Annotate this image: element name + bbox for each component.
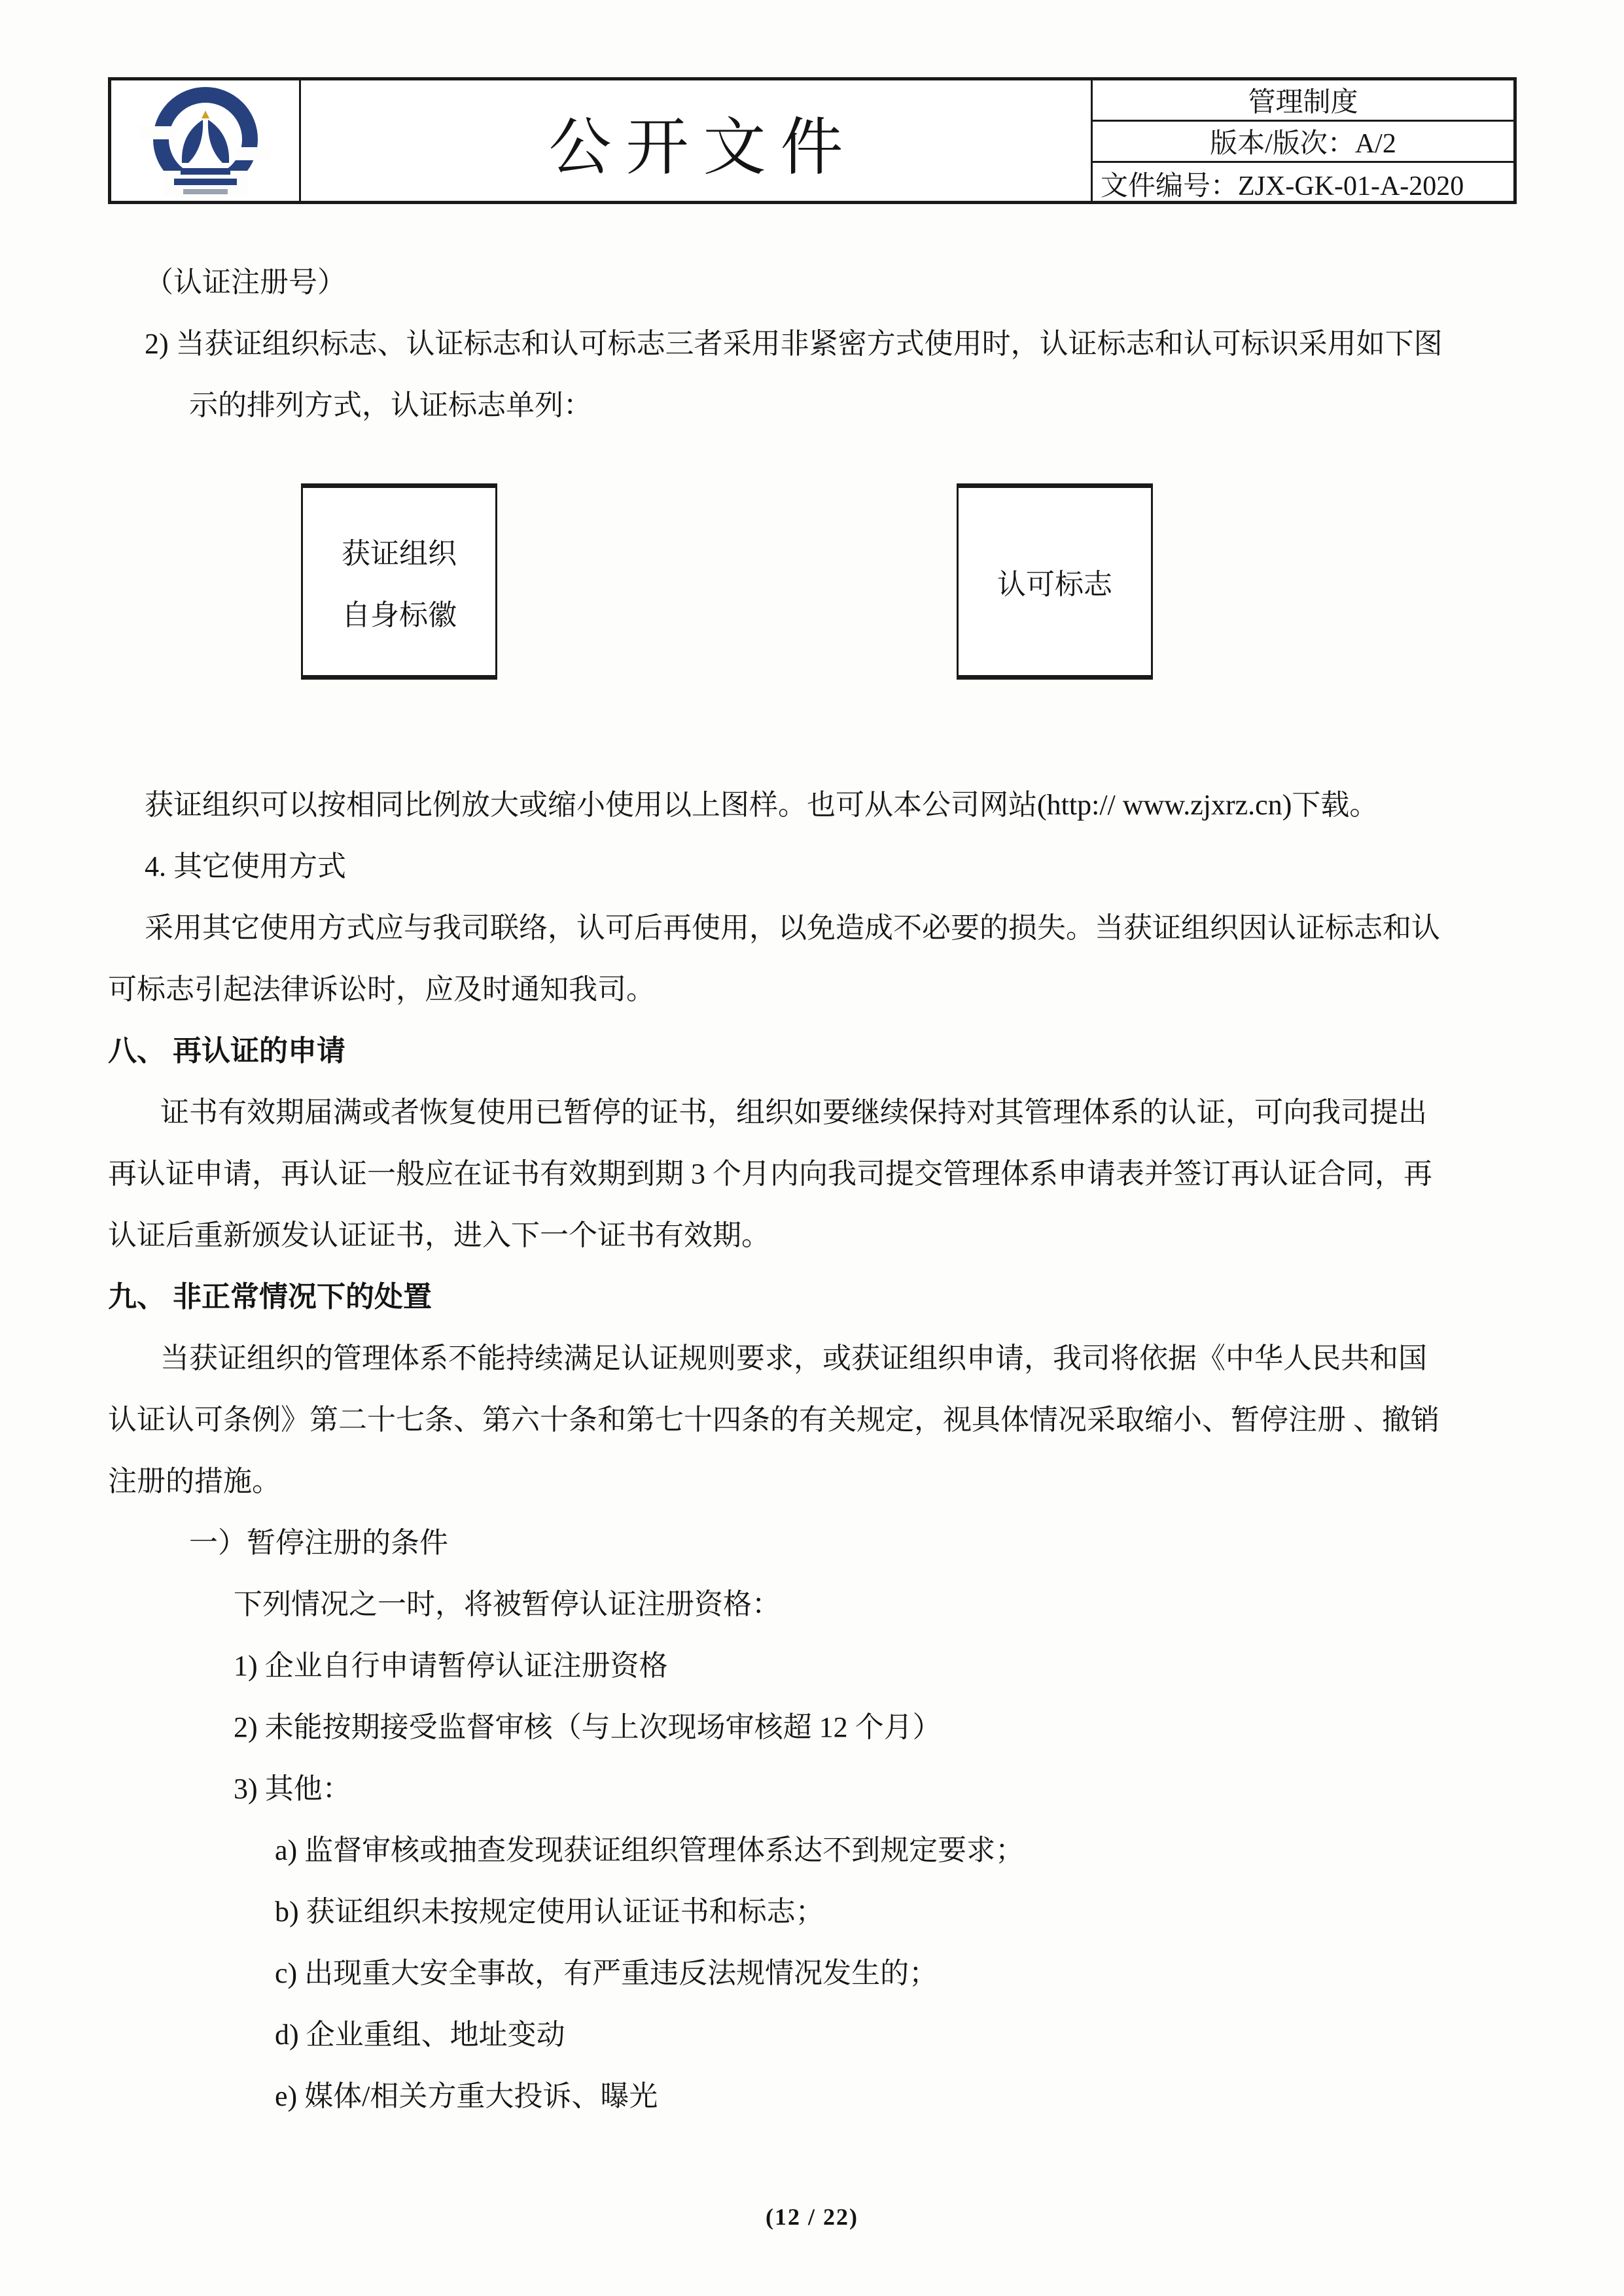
document-line: b) 获证组织未按规定使用认证证书和标志； [108, 1888, 1521, 1949]
document-line: 可标志引起法律诉讼时，应及时通知我司。 [108, 965, 1521, 1027]
document-line: 一）暂停注册的条件 [108, 1519, 1521, 1580]
document-line: 当获证组织的管理体系不能持续满足认证规则要求，或获证组织申请，我司将依据《中华人… [108, 1334, 1521, 1396]
document-line: 示的排列方式，认证标志单列： [108, 381, 1521, 443]
document-line: a) 监督审核或抽查发现获证组织管理体系达不到规定要求； [108, 1826, 1521, 1888]
document-line: 4. 其它使用方式 [108, 843, 1521, 904]
document-line: （认证注册号） [108, 258, 1521, 320]
figure-left-box-line: 获证组织 [342, 530, 457, 572]
doc-type: 管理制度 [1093, 80, 1513, 122]
doc-version: 版本/版次：A/2 [1093, 122, 1513, 163]
document-line: c) 出现重大安全事故，有严重违反法规情况发生的； [108, 1949, 1521, 2011]
header-meta: 管理制度 版本/版次：A/2 文件编号：ZJX-GK-01-A-2020 [1093, 80, 1513, 204]
document-title: 公开文件 [301, 80, 1093, 204]
logo-cell [111, 80, 301, 204]
document-line: d) 企业重组、地址变动 [108, 2011, 1521, 2072]
document-line: 九、 非正常情况下的处置 [108, 1273, 1521, 1334]
figure-left-box: 获证组织 自身标徽 [301, 483, 497, 680]
figure-left-box-line: 自身标徽 [342, 591, 457, 633]
document-line: 采用其它使用方式应与我司联络，认可后再使用，以免造成不必要的损失。当获证组织因认… [108, 904, 1521, 965]
document-line: 认证认可条例》第二十七条、第六十条和第七十四条的有关规定，视具体情况采取缩小、暂… [108, 1396, 1521, 1457]
doc-number: 文件编号：ZJX-GK-01-A-2020 [1093, 163, 1513, 204]
document-page: 公开文件 管理制度 版本/版次：A/2 文件编号：ZJX-GK-01-A-202… [0, 0, 1624, 2296]
document-line: 认证后重新颁发认证证书，进入下一个证书有效期。 [108, 1211, 1521, 1273]
document-line: 八、 再认证的申请 [108, 1027, 1521, 1088]
document-line: 2) 未能按期接受监督审核（与上次现场审核超 12 个月） [108, 1703, 1521, 1765]
document-line: e) 媒体/相关方重大投诉、曝光 [108, 2072, 1521, 2134]
header-table: 公开文件 管理制度 版本/版次：A/2 文件编号：ZJX-GK-01-A-202… [108, 77, 1517, 204]
page-number: (12 / 22) [0, 2203, 1624, 2231]
document-line: 2) 当获证组织标志、认证标志和认可标志三者采用非紧密方式使用时，认证标志和认可… [108, 320, 1521, 381]
marks-figure: 获证组织 自身标徽 认可标志 [108, 443, 1521, 781]
document-line: 下列情况之一时，将被暂停认证注册资格： [108, 1580, 1521, 1642]
document-line: 证书有效期届满或者恢复使用已暂停的证书，组织如要继续保持对其管理体系的认证，可向… [108, 1088, 1521, 1150]
document-line: 再认证申请，再认证一般应在证书有效期到期 3 个月内向我司提交管理体系申请表并签… [108, 1150, 1521, 1211]
figure-right-box-label: 认可标志 [997, 561, 1112, 602]
document-line: 注册的措施。 [108, 1457, 1521, 1519]
document-body: （认证注册号）2) 当获证组织标志、认证标志和认可标志三者采用非紧密方式使用时，… [108, 258, 1521, 2134]
document-line: 3) 其他： [108, 1765, 1521, 1826]
document-line: 1) 企业自行申请暂停认证注册资格 [108, 1642, 1521, 1703]
document-line: 获证组织可以按相同比例放大或缩小使用以上图样。也可从本公司网站(http:// … [108, 781, 1521, 843]
company-logo-icon [140, 84, 271, 200]
figure-right-box: 认可标志 [957, 483, 1153, 680]
